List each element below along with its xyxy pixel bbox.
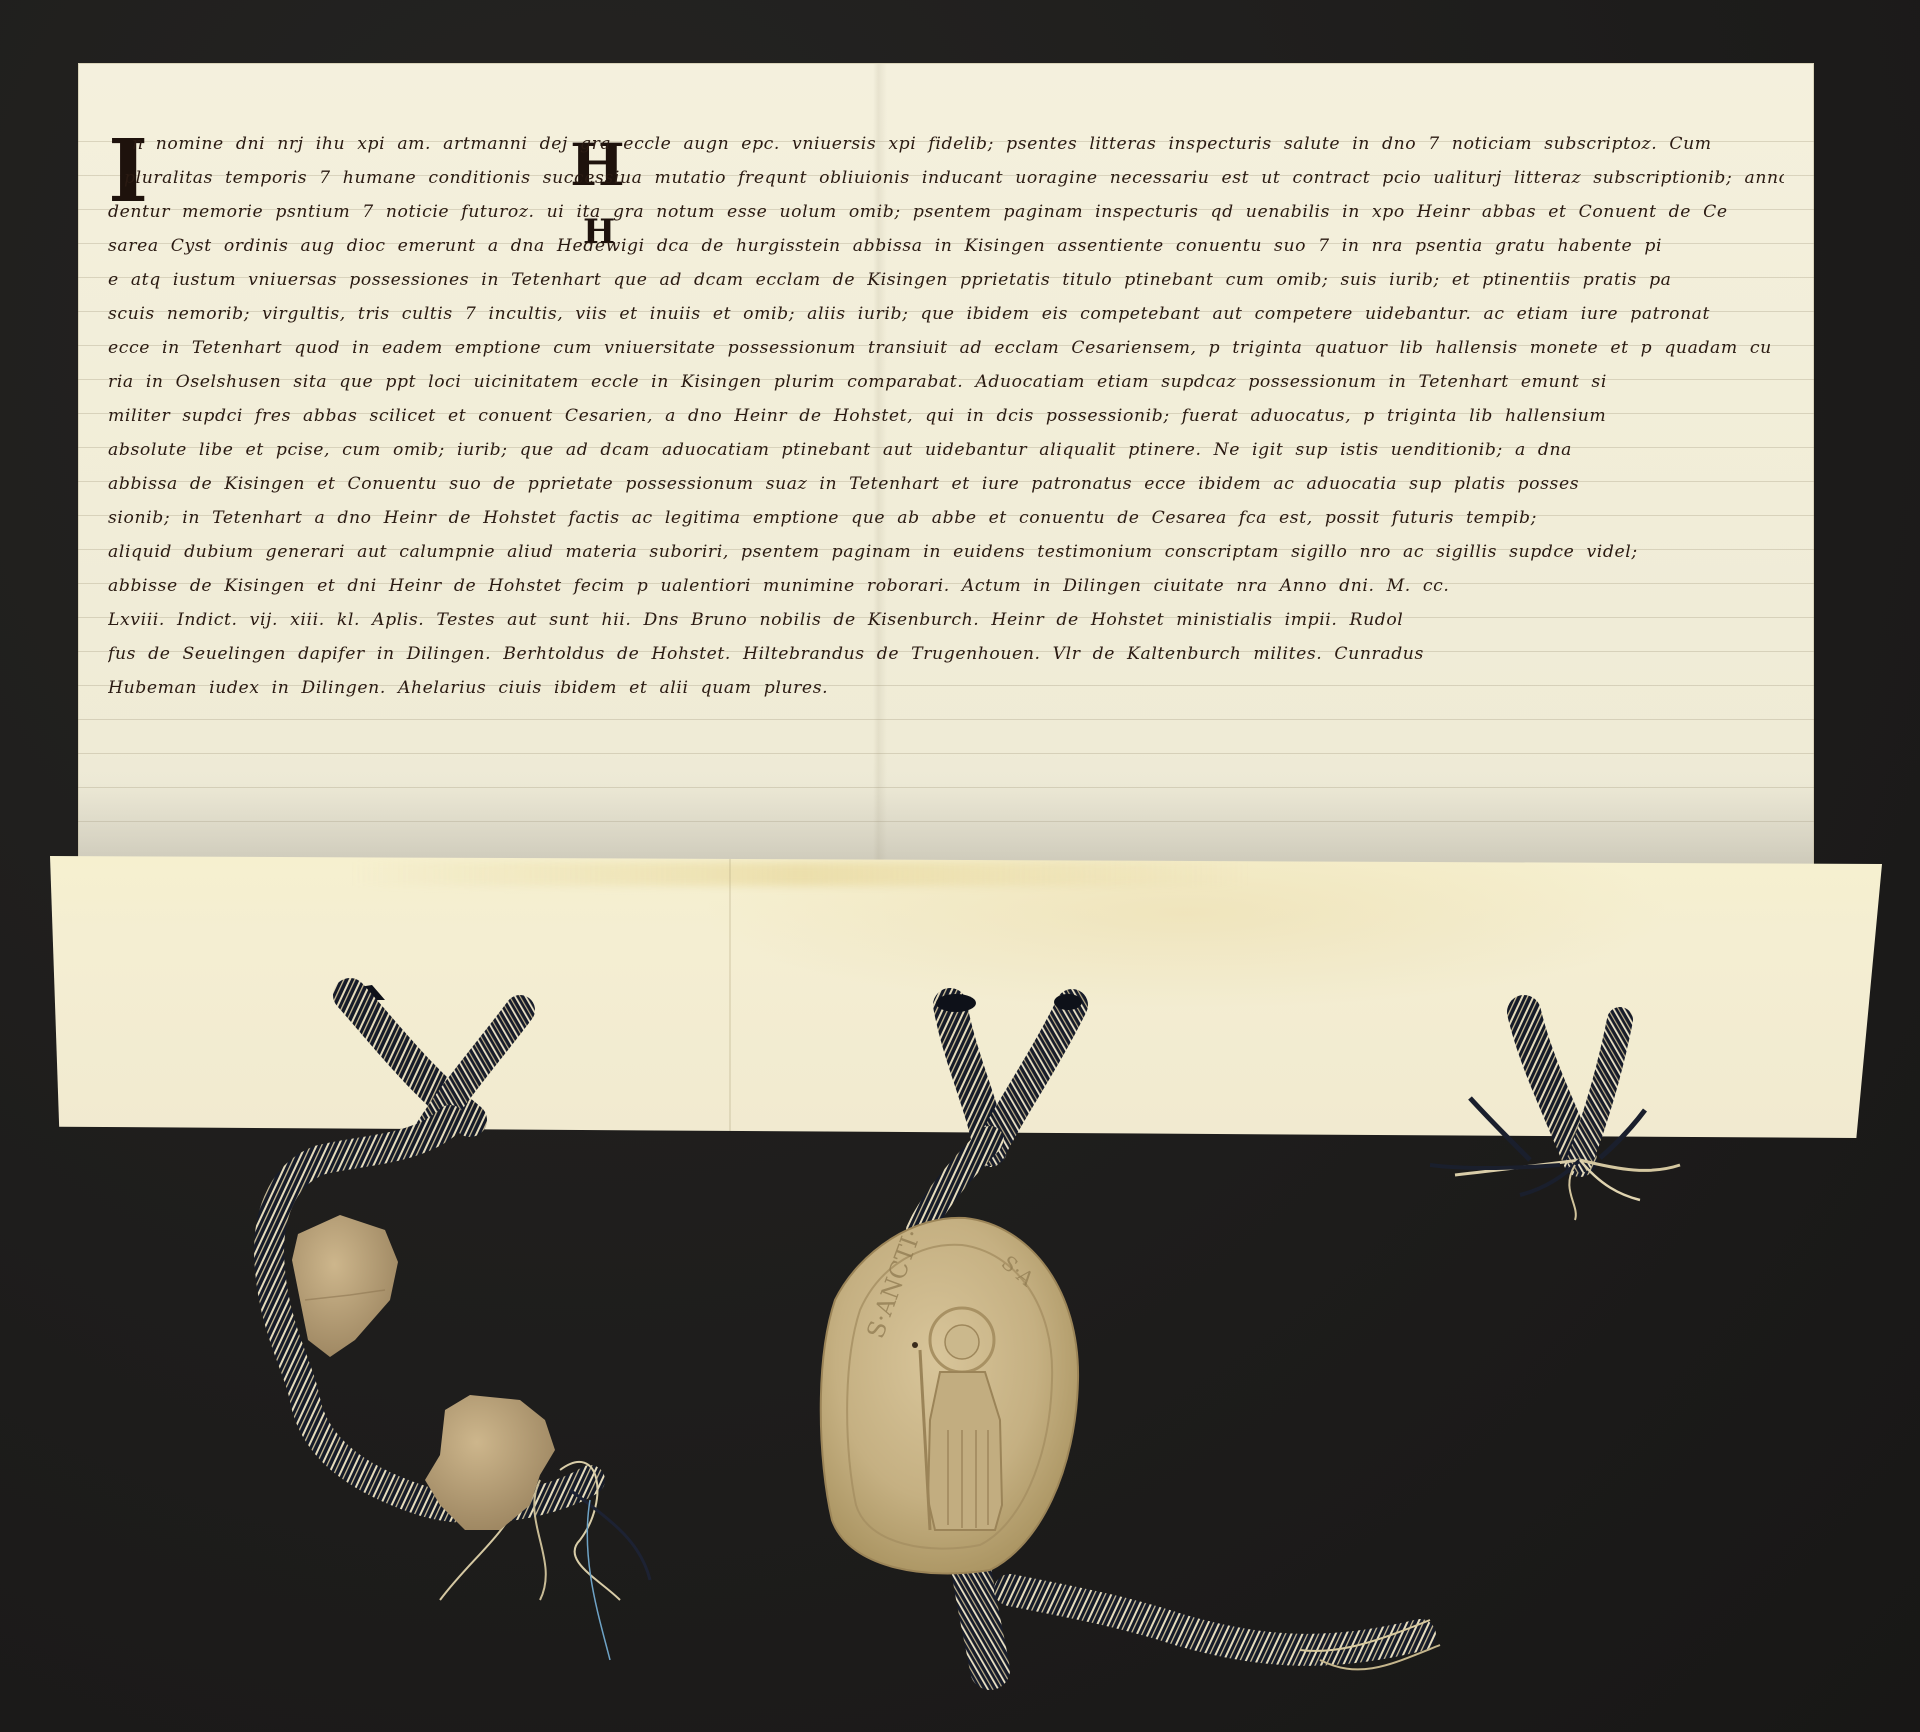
right-cord [1430,1012,1680,1220]
center-seal: S·ANCTI· S·A [821,1218,1078,1574]
seal-cords-and-seals: S·ANCTI· S·A [0,0,1920,1732]
seal-fragment-upper [292,1215,398,1357]
